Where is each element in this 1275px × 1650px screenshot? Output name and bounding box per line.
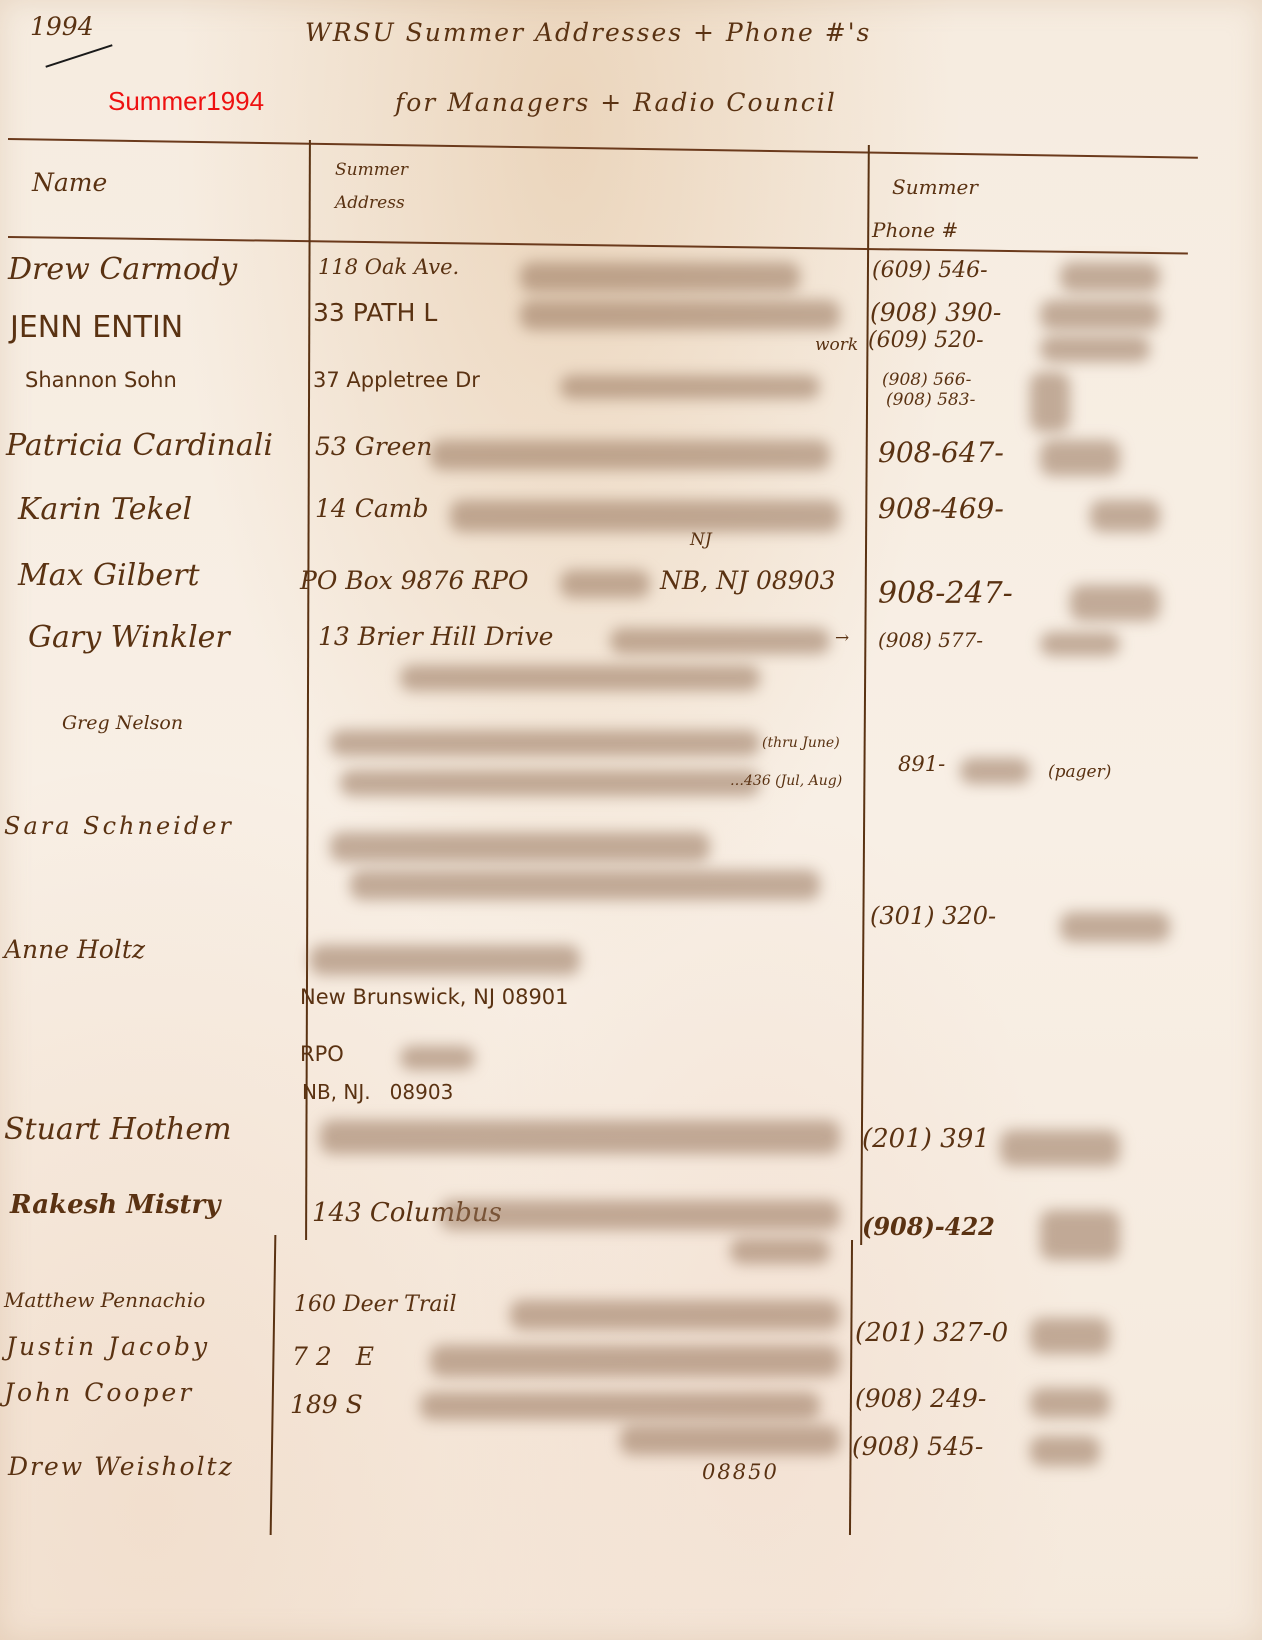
row-name: Stuart Hothem <box>4 1112 232 1147</box>
row-phone: (908)-422 <box>862 1212 995 1241</box>
column-divider-2-lower <box>849 1240 853 1535</box>
redaction <box>560 570 650 598</box>
redaction <box>620 1425 840 1455</box>
row-phone: (201) 391 <box>862 1124 990 1154</box>
redaction <box>1040 440 1120 476</box>
row-phone: (301) 320- <box>870 902 996 930</box>
row-name: JENN ENTIN <box>10 310 183 345</box>
redaction <box>1000 1130 1120 1166</box>
header-top-rule <box>8 138 1198 159</box>
row-address: 160 Deer Trail <box>294 1292 457 1317</box>
redaction <box>1030 1388 1110 1418</box>
row-phone: (609) 546- <box>872 258 988 283</box>
redaction <box>440 1200 840 1230</box>
redaction <box>1060 912 1170 942</box>
row-address: NB, NJ. 08903 <box>302 1080 453 1104</box>
row-phone: (201) 327-0 <box>855 1318 1008 1348</box>
redaction <box>340 770 760 796</box>
row-address: 08850 <box>702 1460 779 1484</box>
redaction <box>400 1046 475 1070</box>
redaction <box>320 1120 840 1154</box>
redaction <box>1030 372 1070 432</box>
year-mark: 1994 <box>30 12 94 41</box>
redaction <box>520 300 840 330</box>
row-name: Karin Tekel <box>18 492 192 527</box>
row-name: John Cooper <box>4 1378 194 1407</box>
column-divider-1-lower <box>270 1235 277 1535</box>
row-address: 14 Camb <box>315 494 429 523</box>
row-name: Justin Jacoby <box>6 1332 210 1361</box>
redaction <box>1040 336 1150 362</box>
redaction <box>400 665 760 691</box>
row-name: Anne Holtz <box>4 935 145 964</box>
row-phone: (908) 577- <box>878 628 983 652</box>
row-phone-note: work <box>815 335 858 355</box>
row-phone-note: (pager) <box>1048 762 1111 782</box>
redaction <box>450 500 840 532</box>
row-address: 37 Appletree Dr <box>313 368 480 392</box>
redaction <box>1040 1210 1120 1260</box>
row-name: Gary Winkler <box>28 620 230 655</box>
column-divider-1 <box>305 140 311 1240</box>
row-phone: 908-647- <box>878 436 1004 469</box>
column-divider-2 <box>860 145 870 1245</box>
row-address: 13 Brier Hill Drive <box>318 622 553 651</box>
redaction <box>610 628 830 654</box>
row-address: 33 PATH L <box>313 298 437 327</box>
redaction <box>420 1392 820 1420</box>
row-phone: 908-247- <box>878 576 1013 611</box>
title-line-1: WRSU Summer Addresses + Phone #'s <box>305 18 871 47</box>
row-address: 72 E <box>292 1342 382 1371</box>
redaction <box>310 945 580 975</box>
redaction <box>350 870 820 900</box>
row-phone: (908) 545- <box>852 1432 983 1461</box>
row-name: Rakesh Mistry <box>10 1190 220 1220</box>
title-line-2: for Managers + Radio Council <box>395 88 837 117</box>
column-header-phone-1: Summer <box>892 175 978 199</box>
row-name: Drew Weisholtz <box>8 1452 234 1481</box>
redaction <box>730 1238 830 1264</box>
row-phone: (908) 583- <box>886 390 975 410</box>
redaction <box>430 440 830 470</box>
overlay-label: Summer1994 <box>108 86 264 117</box>
redaction <box>1040 632 1120 656</box>
column-header-address-1: Summer <box>335 160 408 180</box>
column-header-name: Name <box>32 168 107 197</box>
row-name: Matthew Pennachio <box>4 1288 205 1312</box>
row-phone: (908) 249- <box>855 1384 986 1413</box>
row-phone: 908-469- <box>878 492 1004 525</box>
column-header-address-2: Address <box>335 193 405 213</box>
row-name: Greg Nelson <box>62 712 183 734</box>
arrow-icon: → <box>835 628 849 648</box>
row-address: NB, NJ 08903 <box>660 566 836 595</box>
redaction <box>510 1300 840 1330</box>
redaction <box>1030 1318 1110 1354</box>
row-phone: (908) 390- <box>870 298 1001 327</box>
row-name: Max Gilbert <box>18 558 200 593</box>
redaction <box>330 832 710 862</box>
row-address-note: …436 (Jul, Aug) <box>730 773 842 789</box>
redaction <box>1090 500 1160 532</box>
row-address-note: (thru June) <box>762 735 840 751</box>
scanned-page: 1994 Summer1994 WRSU Summer Addresses + … <box>0 0 1262 1640</box>
redaction <box>520 262 800 292</box>
row-address: 189 S <box>290 1390 363 1419</box>
row-address: New Brunswick, NJ 08901 <box>300 985 569 1009</box>
row-phone: (908) 566- <box>882 370 971 390</box>
row-name: Patricia Cardinali <box>6 428 273 463</box>
redaction <box>1040 300 1160 330</box>
row-phone: 891- <box>898 752 945 776</box>
redaction <box>1060 262 1160 292</box>
redaction <box>430 1345 840 1377</box>
row-address: PO Box 9876 RPO <box>300 566 528 595</box>
row-name: Shannon Sohn <box>25 368 177 392</box>
row-address: 53 Green <box>315 432 432 461</box>
checkmark-icon <box>45 44 112 68</box>
row-address: RPO <box>300 1042 344 1066</box>
redaction <box>330 730 760 756</box>
column-header-phone-2: Phone # <box>872 218 958 242</box>
redaction <box>1030 1436 1100 1466</box>
row-name: Sara Schneider <box>4 812 234 840</box>
row-address: NJ <box>690 530 712 550</box>
row-address: 118 Oak Ave. <box>318 255 459 279</box>
redaction <box>960 758 1030 784</box>
redaction <box>560 375 820 399</box>
row-name: Drew Carmody <box>8 252 237 287</box>
redaction <box>1070 585 1160 621</box>
row-phone: (609) 520- <box>868 328 984 353</box>
